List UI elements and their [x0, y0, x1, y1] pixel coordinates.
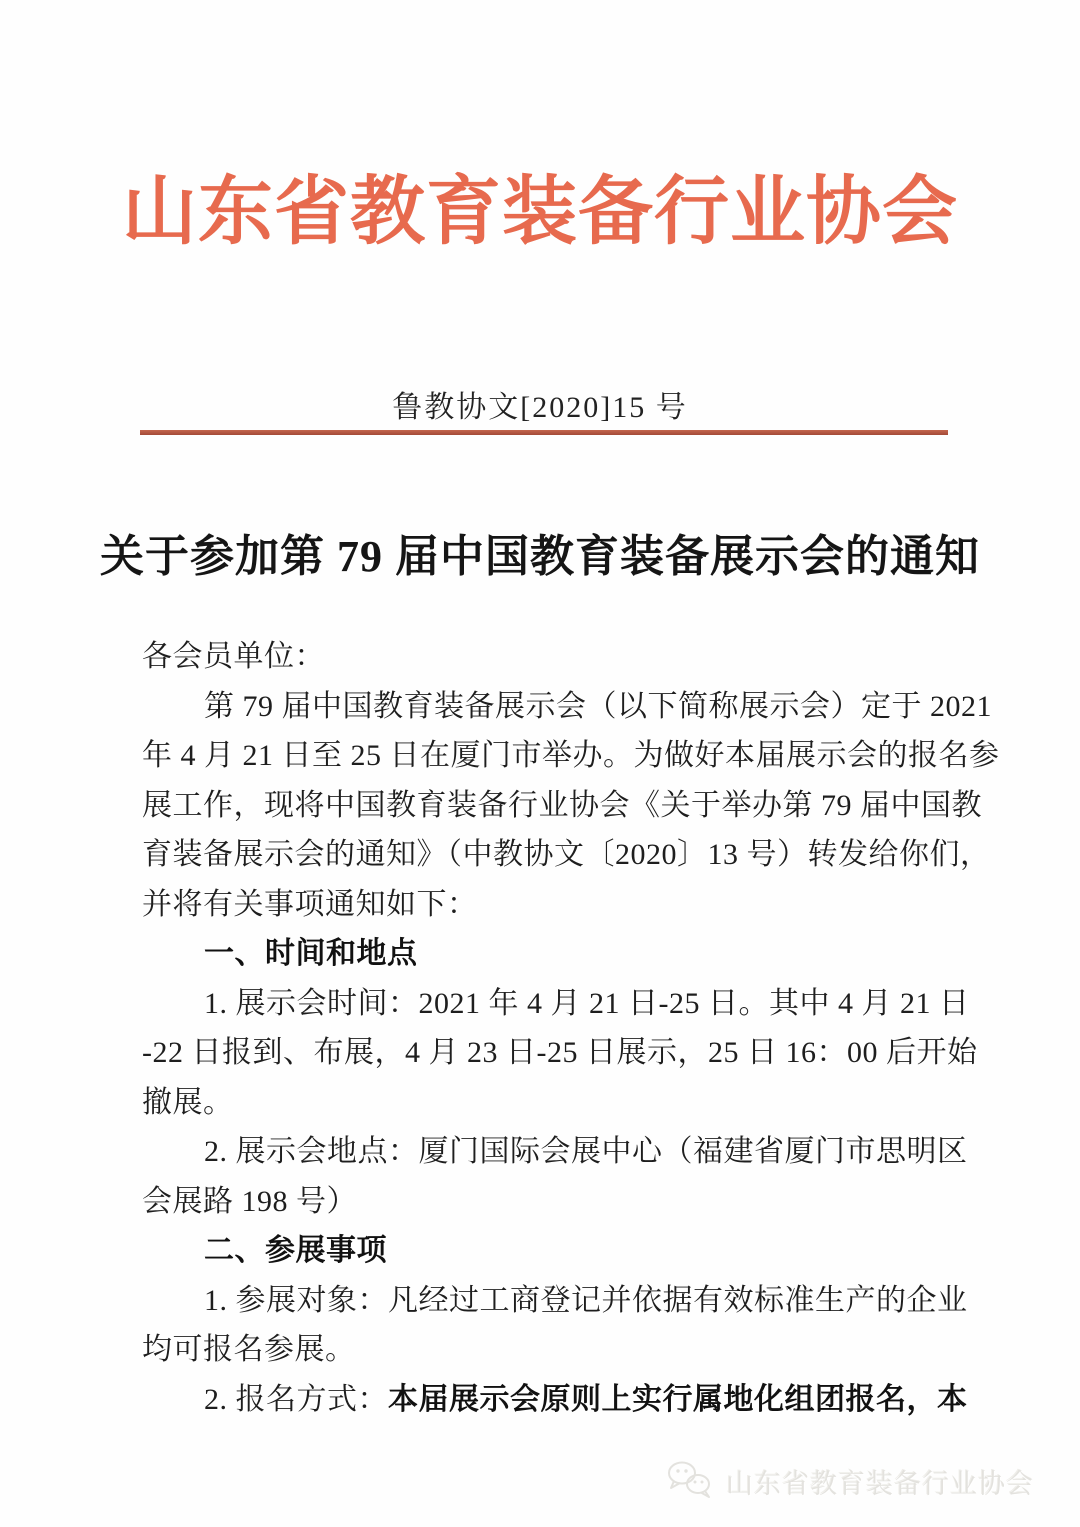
body-text-run: 第 79 届中国教育装备展示会（以下简称展示会）定于 2021 [204, 690, 992, 723]
body-text-run: 会展路 198 号） [142, 1185, 357, 1218]
body-line: -22 日报到、布展，4 月 23 日-25 日展示，25 日 16：00 后开… [142, 1028, 950, 1078]
doc-body: 各会员单位：第 79 届中国教育装备展示会（以下简称展示会）定于 2021年 4… [142, 632, 950, 1424]
body-line: 均可报名参展。 [142, 1325, 950, 1375]
body-text-run: 2. 报名方式： [204, 1383, 388, 1416]
body-line: 年 4 月 21 日至 25 日在厦门市举办。为做好本届展示会的报名参 [142, 731, 950, 781]
footer-org-label: 山东省教育装备行业协会 [726, 1462, 1034, 1501]
document-page: 山东省教育装备行业协会 鲁教协文[2020]15 号 关于参加第 79 届中国教… [0, 0, 1080, 1527]
body-line: 1. 参展对象：凡经过工商登记并依据有效标准生产的企业 [142, 1276, 950, 1326]
body-text-run: 2. 展示会地点：厦门国际会展中心（福建省厦门市思明区 [204, 1135, 968, 1168]
org-header-title: 山东省教育装备行业协会 [0, 152, 1080, 259]
body-text-run: 年 4 月 21 日至 25 日在厦门市举办。为做好本届展示会的报名参 [142, 739, 1000, 772]
body-line: 第 79 届中国教育装备展示会（以下简称展示会）定于 2021 [142, 682, 950, 732]
body-text-bold-run: 本届展示会原则上实行属地化组团报名，本 [388, 1383, 968, 1416]
body-line: 1. 展示会时间：2021 年 4 月 21 日-25 日。其中 4 月 21 … [142, 979, 950, 1029]
body-text-run: 并将有关事项通知如下： [142, 888, 478, 921]
body-line: 并将有关事项通知如下： [142, 880, 950, 930]
body-text-run: 1. 展示会时间：2021 年 4 月 21 日-25 日。其中 4 月 21 … [204, 987, 970, 1020]
body-line: 育装备展示会的通知》（中教协文〔2020〕13 号）转发给你们， [142, 830, 950, 880]
body-text-run: 1. 参展对象：凡经过工商登记并依据有效标准生产的企业 [204, 1284, 968, 1317]
body-line: 会展路 198 号） [142, 1177, 950, 1227]
wechat-icon [665, 1460, 717, 1502]
body-text-bold-run: 一、时间和地点 [204, 937, 418, 970]
body-line: 各会员单位： [142, 632, 950, 682]
red-divider-rule [140, 430, 948, 435]
body-line: 展工作，现将中国教育装备行业协会《关于举办第 79 届中国教 [142, 781, 950, 831]
body-line: 撤展。 [142, 1078, 950, 1128]
body-text-run: 撤展。 [142, 1086, 234, 1119]
body-line: 2. 报名方式：本届展示会原则上实行属地化组团报名，本 [142, 1375, 950, 1425]
doc-title: 关于参加第 79 届中国教育装备展示会的通知 [0, 520, 1080, 584]
section-heading: 一、时间和地点 [142, 929, 950, 979]
body-text-run: -22 日报到、布展，4 月 23 日-25 日展示，25 日 16：00 后开… [142, 1036, 977, 1069]
doc-number: 鲁教协文[2020]15 号 [0, 382, 1080, 426]
body-text-run: 各会员单位： [142, 640, 325, 673]
body-text-run: 展工作，现将中国教育装备行业协会《关于举办第 79 届中国教 [142, 789, 982, 822]
section-heading: 二、参展事项 [142, 1226, 950, 1276]
footer-watermark: 山东省教育装备行业协会 [665, 1460, 1034, 1502]
body-line: 2. 展示会地点：厦门国际会展中心（福建省厦门市思明区 [142, 1127, 950, 1177]
body-text-bold-run: 二、参展事项 [204, 1234, 387, 1267]
body-text-run: 均可报名参展。 [142, 1333, 356, 1366]
body-text-run: 育装备展示会的通知》（中教协文〔2020〕13 号）转发给你们， [142, 838, 991, 871]
